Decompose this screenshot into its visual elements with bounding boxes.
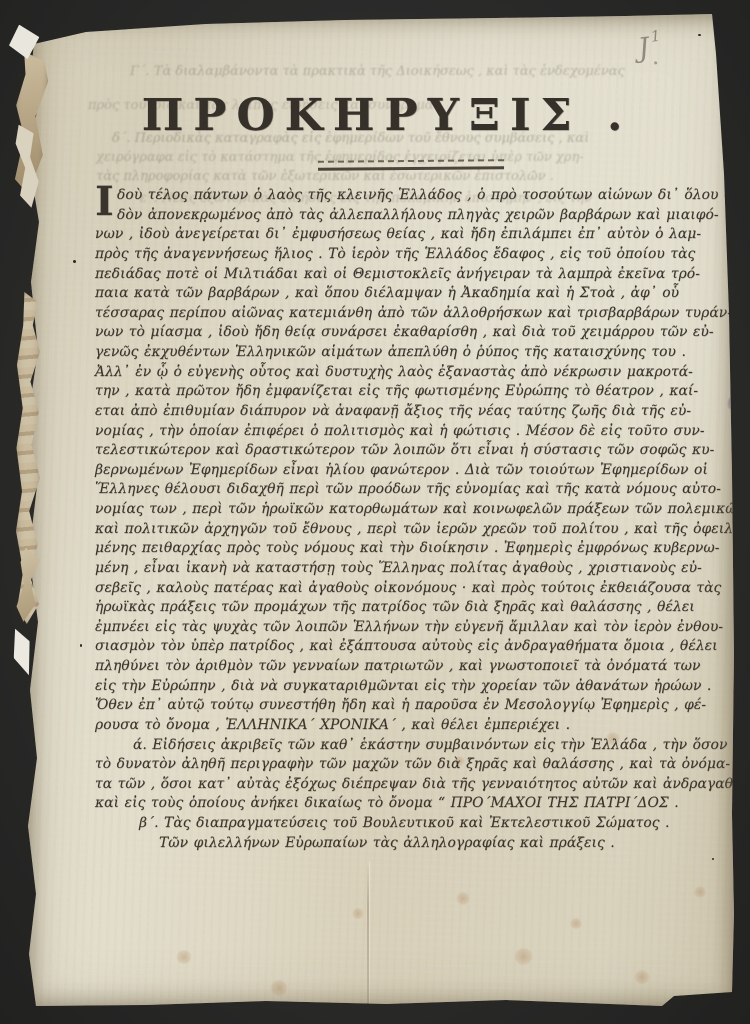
text-line: την , κατὰ πρῶτον ἤδη ἐμφανίζεται εἰς τῆ… (95, 382, 691, 402)
text-line: πρὸς τῆς ἀναγεννήσεως ἥλιος . Τὸ ἱερὸν τ… (95, 245, 691, 265)
edge-mark (728, 398, 734, 409)
stain (176, 950, 192, 964)
text-line: β´. Τὰς διαπραγματεύσεις τοῦ Βουλευτικοῦ… (95, 814, 691, 834)
text-line: εται ἀπὸ ἐπιθυμίαν διάπυρον νὰ ἀναφανῇ ἄ… (95, 402, 691, 422)
text-line: νων , ἰδοὺ ἀνεγείρεται δι᾽ ἐμφυσήσεως θε… (95, 225, 691, 245)
text-line: τέσσαρας περίπου αἰῶνας κατεμιάνθη ἀπὸ τ… (95, 304, 691, 324)
text-line: πεδιάδας ποτὲ οἱ Μιλτιάδαι καὶ οἱ Θεμιστ… (95, 265, 691, 285)
text-line: σεβεῖς , καλοὺς πατέρας καὶ ἀγαθοὺς οἰκο… (95, 579, 691, 599)
scan-background: Γ´. Τὰ διαλαμβάνοντα τὰ πρακτικὰ τῆς Διο… (0, 0, 750, 1024)
page-title: ΠΡΟΚΗΡΥΞΙΣ . (95, 90, 679, 141)
torn-edge (10, 627, 35, 677)
text-line: τελεστικώτερον καὶ δραστικώτερον τῶν λοι… (95, 441, 691, 461)
text-line: νομίας , τὴν ὁποίαν ἐπιφέρει ὁ πολιτισμὸ… (95, 422, 691, 442)
stain (352, 908, 364, 919)
pencil-annotation: J1 (636, 27, 663, 65)
text-line: ά. Εἰδήσεις ἀκριβεῖς τῶν καθ᾽ ἑκάστην συ… (95, 736, 691, 756)
stain (456, 892, 470, 905)
stain (634, 970, 650, 984)
text-line: ρουσα τὸ ὄνομα , ἙΛΛΗΝΙΚΑ´ ΧΡΟΝΙΚΑ´ , κα… (95, 716, 691, 736)
text-line: παια κατὰ τῶν βαρβάρων , καὶ ὅπου διέλαμ… (95, 284, 691, 304)
drop-cap: Ι (95, 182, 114, 222)
stain (514, 948, 533, 965)
text-line: μένη , εἶναι ἱκανὴ νὰ καταστήσῃ τοὺς Ἕλλ… (95, 559, 691, 579)
ink-speck (73, 260, 76, 263)
fold-crease (367, 862, 369, 1008)
text-line: ἐμπνέει εἰς τὰς ψυχὰς τῶν λοιπῶν Ἑλλήνων… (95, 618, 691, 638)
pencil-annotation-number: 1 (650, 27, 662, 46)
body-text: δοὺ τέλος πάντων ὁ λαὸς τῆς κλεινῆς Ἑλλά… (95, 186, 691, 853)
pencil-annotation-letter: J (636, 32, 651, 64)
text-line: Ἀλλ᾽ ἐν ᾧ ὁ εὐγενὴς οὗτος καὶ δυστυχὴς λ… (95, 363, 691, 383)
ink-speck (712, 858, 714, 860)
text-line: μένης πειθαρχίας πρὸς τοὺς νόμους καὶ τὴ… (95, 539, 691, 559)
text-line: πληθύνει τὸν ἀριθμὸν τῶν γενναίων πατριω… (95, 657, 691, 677)
bleedthrough-line: Γ´. Τὰ διαλαμβάνοντα τὰ πρακτικὰ τῆς Διο… (86, 64, 750, 79)
text-line: εἰς τὴν Εὐρώπην , διὰ νὰ συγκαταριθμῶντα… (95, 677, 691, 697)
text-line: νων τὸ μίασμα , ἰδοὺ ἤδη θείᾳ συνάρσει ἐ… (95, 323, 691, 343)
text-line: νομίας των , περὶ τῶν ἡρωϊκῶν κατορθωμάτ… (95, 500, 691, 520)
stain (694, 886, 706, 898)
text-line: δὸν ἀπονεκρωμένος ἀπὸ τὰς ἀλλεπαλλήλους … (95, 206, 691, 226)
ink-speck (80, 644, 82, 647)
scanned-page: Γ´. Τὰ διαλαμβάνοντα τὰ πρακτικὰ τῆς Διο… (26, 14, 734, 1008)
text-line: ἡρωϊκὰς πράξεις τῶν προμάχων τῆς πατρίδο… (95, 598, 691, 618)
title-divider (318, 159, 504, 171)
ink-speck (698, 34, 701, 36)
text-line: τὸ δυνατὸν ἀληθῆ περιγραφὴν τῶν μαχῶν τῶ… (95, 755, 691, 775)
stain (570, 918, 582, 929)
stain (270, 980, 288, 996)
text-line: Ὅθεν ἐπ᾽ αὐτῷ τούτῳ συνεστήθη ἤδη καὶ ἡ … (95, 696, 691, 716)
text-line: Ἕλληνες θέλουσι διδαχθῆ περὶ τῶν προόδων… (95, 480, 691, 500)
text-line: σιασμὸν τὸν ὑπὲρ πατρίδος , καὶ ἐξάπτουσ… (95, 637, 691, 657)
bleedthrough-line: τὰς πληροφορίας κατὰ τῶν ἐξωτερικῶν καὶ … (86, 169, 616, 184)
text-line: καὶ εἰς τοὺς ὁποίους ἀνήκει δικαίως τὸ ὄ… (95, 794, 691, 814)
text-line: τα τῶν , ὅσοι κατ᾽ αὐτὰς ἐξόχως διέπρεψα… (95, 775, 691, 795)
text-line: γενῶς ἐκχυθέντων Ἑλληνικῶν αἱμάτων ἀπεπλ… (95, 343, 691, 363)
text-line: βερνωμένων Ἐφημερίδων εἶναι ἡλίου φανώτε… (95, 461, 691, 481)
text-line: καὶ πολιτικῶν ἀρχηγῶν τοῦ ἔθνους , περὶ … (95, 520, 691, 540)
text-line: Τῶν φιλελλήνων Εὐρωπαίων τὰς ἀλληλογραφί… (95, 834, 691, 854)
text-line: δοὺ τέλος πάντων ὁ λαὸς τῆς κλεινῆς Ἑλλά… (95, 186, 691, 206)
